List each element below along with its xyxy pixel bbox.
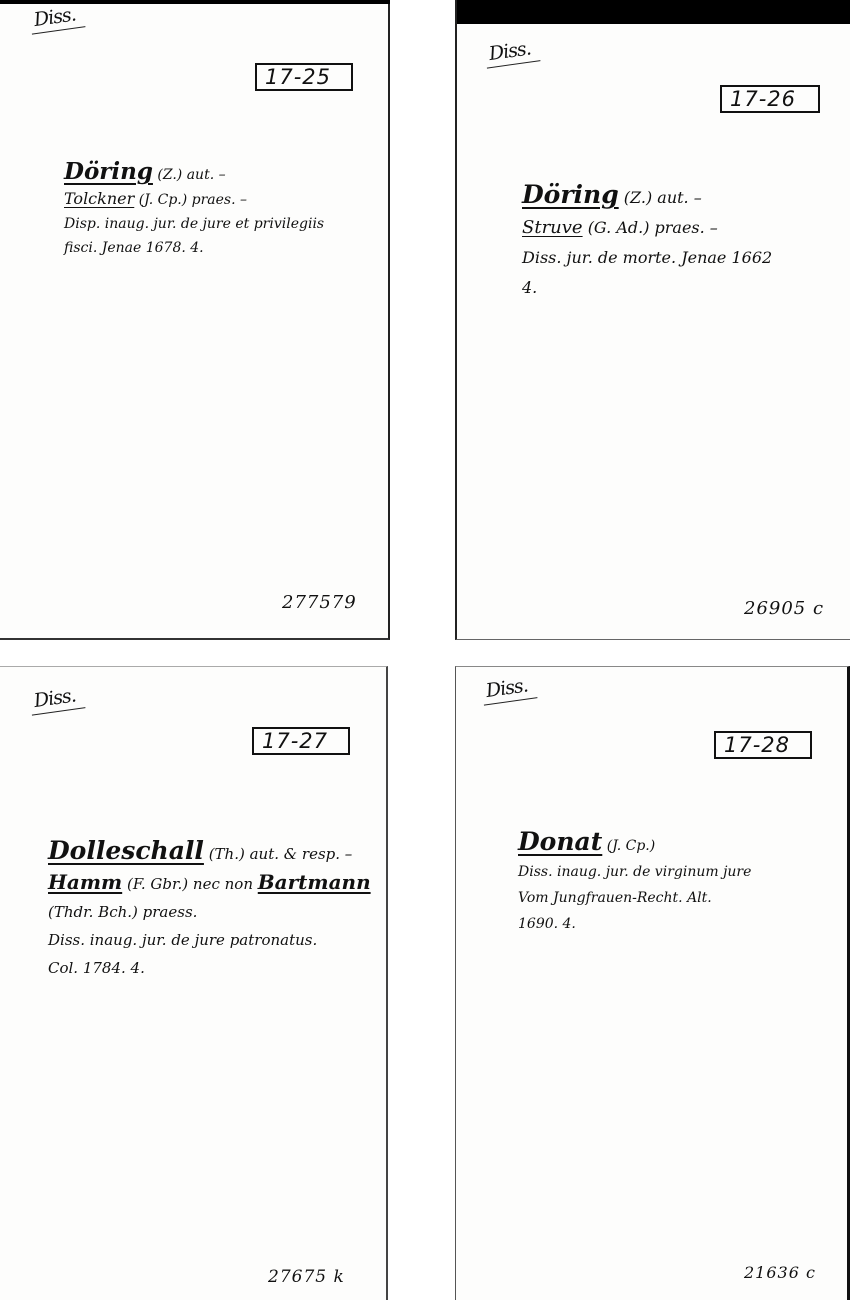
- imprint-line: Col. 1784. 4.: [48, 954, 371, 982]
- shelf-number-box: 17-27: [252, 727, 350, 755]
- accession-number: 26905 c: [744, 598, 824, 619]
- type-mark: Diss.: [481, 673, 538, 705]
- bibliographic-entry: Donat (J. Cp.) Diss. inaug. jur. de virg…: [518, 829, 751, 937]
- main-heading: Döring: [64, 158, 153, 185]
- scan-edge-band: [457, 0, 850, 24]
- tertiary-name: Bartmann: [258, 870, 371, 894]
- author-initials: (J. Cp.): [607, 838, 655, 854]
- bibliographic-entry: Döring (Z.) aut. – Struve (G. Ad.) praes…: [522, 180, 772, 303]
- accession-number: 27675 k: [268, 1267, 345, 1287]
- author-line: Donat (J. Cp.): [518, 829, 751, 859]
- main-heading: Döring: [522, 180, 619, 209]
- secondary-name: Struve: [522, 217, 583, 238]
- author-line: Döring (Z.) aut. –: [64, 160, 324, 187]
- author-initials: (Th.) aut. & resp. –: [209, 845, 353, 863]
- catalog-card-17-28: Diss. 17-28 Donat (J. Cp.) Diss. inaug. …: [455, 666, 850, 1300]
- praeses-line: Hamm (F. Gbr.) nec non Bartmann: [48, 868, 371, 898]
- praeses-line: Tolckner (J. Cp.) praes. –: [64, 187, 324, 212]
- type-mark: Diss.: [484, 36, 541, 68]
- scan-edge-band: [0, 0, 390, 4]
- bibliographic-entry: Döring (Z.) aut. – Tolckner (J. Cp.) pra…: [64, 160, 324, 260]
- author-line: Döring (Z.) aut. –: [522, 180, 772, 213]
- shelf-number-box: 17-26: [720, 85, 820, 113]
- imprint-line: 1690. 4.: [518, 911, 751, 937]
- secondary-name: Tolckner: [64, 189, 134, 208]
- main-heading: Dolleschall: [48, 836, 204, 865]
- imprint-line: fisci. Jenae 1678. 4.: [64, 236, 324, 260]
- shelf-number-box: 17-28: [714, 731, 812, 759]
- title-line: Diss. inaug. jur. de jure patronatus.: [48, 926, 371, 954]
- type-mark: Diss.: [29, 2, 86, 34]
- type-mark: Diss.: [29, 683, 86, 715]
- catalog-card-17-27: Diss. 17-27 Dolleschall (Th.) aut. & res…: [0, 666, 388, 1300]
- secondary-initials: (F. Gbr.) nec non: [127, 875, 253, 893]
- shelf-number-box: 17-25: [255, 63, 353, 91]
- main-heading: Donat: [518, 827, 602, 856]
- praeses-initials-line: (Thdr. Bch.) praess.: [48, 898, 371, 926]
- format-line: 4.: [522, 273, 772, 303]
- author-line: Dolleschall (Th.) aut. & resp. –: [48, 837, 371, 868]
- catalog-card-17-25: Diss. 17-25 Döring (Z.) aut. – Tolckner …: [0, 0, 390, 640]
- accession-number: 277579: [282, 592, 357, 613]
- accession-number: 21636 c: [744, 1263, 816, 1282]
- title-line: Diss. jur. de morte. Jenae 1662: [522, 243, 772, 273]
- title-line: Disp. inaug. jur. de jure et privilegiis: [64, 212, 324, 236]
- subtitle-line: Vom Jungfrauen-Recht. Alt.: [518, 885, 751, 911]
- praeses-line: Struve (G. Ad.) praes. –: [522, 213, 772, 243]
- author-initials: (Z.) aut. –: [624, 188, 702, 207]
- title-line: Diss. inaug. jur. de virginum jure: [518, 859, 751, 885]
- bibliographic-entry: Dolleschall (Th.) aut. & resp. – Hamm (F…: [48, 837, 371, 982]
- secondary-name: Hamm: [48, 870, 122, 894]
- secondary-initials: (J. Cp.) praes. –: [139, 192, 247, 208]
- author-initials: (Z.) aut. –: [157, 167, 225, 183]
- secondary-initials: (G. Ad.) praes. –: [588, 218, 718, 237]
- catalog-card-17-26: Diss. 17-26 Döring (Z.) aut. – Struve (G…: [455, 0, 850, 640]
